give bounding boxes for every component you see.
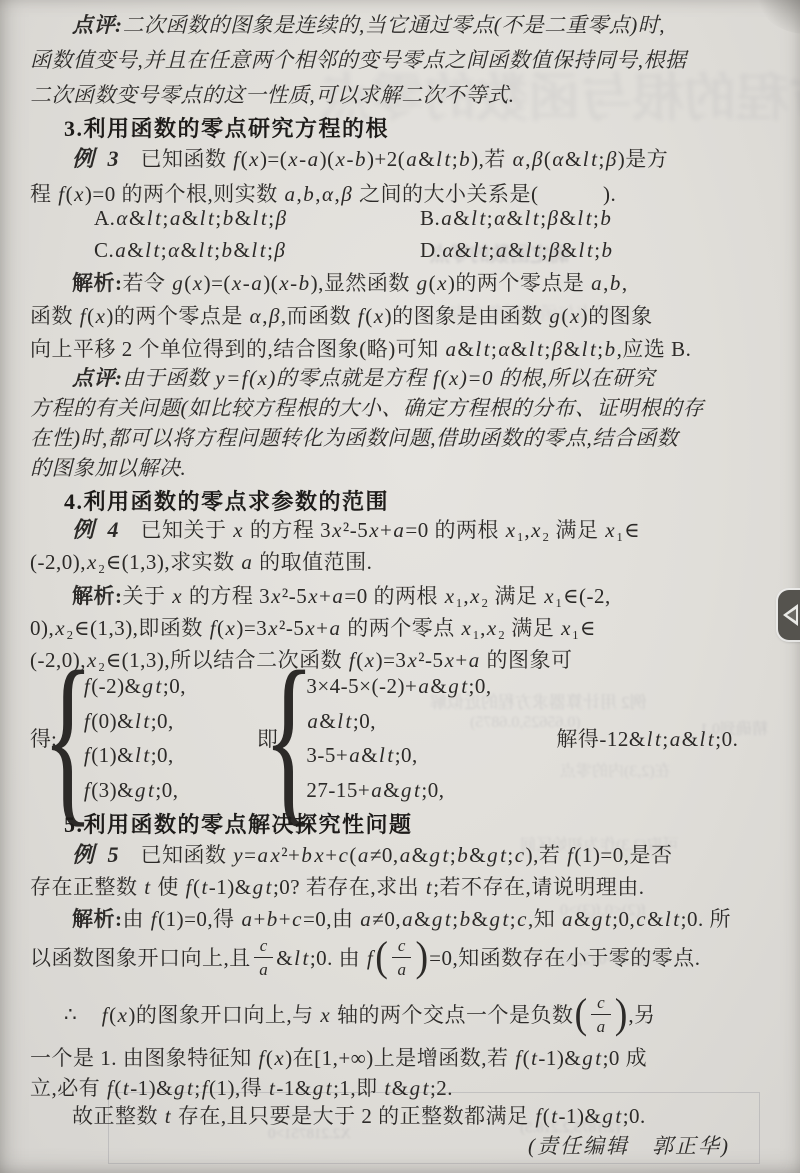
text-run: 函数值变号,并且在任意两个相邻的变号零点之间函数值保持同号,根据	[30, 48, 687, 72]
system-left-column: f(-2)&gt;0, f(0)&lt;0, f(1)&lt;0, f(3)&g…	[83, 669, 249, 807]
text-run: 关于 x 的方程 3x²-5x+a=0 的两根 x₁,x₂ 满足 x₁∈(-2,	[123, 584, 611, 608]
text-line: 0),x₂∈(1,3),即函数 f(x)=3x²-5x+a 的两个零点 x₁,x…	[30, 612, 770, 644]
analysis-label: 解析:	[72, 584, 123, 608]
therefore-line: ∴ f(x)的图象开口向上,与 x 轴的两个交点一个是负数 ( ca ) ,另	[30, 986, 770, 1042]
inequality: a&lt;0,	[306, 704, 556, 738]
text-line: 立,必有 f(t-1)&gt;f(1),得 t-1&gt;1,即 t&gt;2.	[30, 1072, 770, 1102]
text-line: 函数值变号,并且在任意两个相邻的变号零点之间函数值保持同号,根据	[30, 43, 770, 78]
inequality: f(-2)&gt;0,	[83, 669, 249, 703]
answer-options: A.α&lt;a&lt;b&lt;β B.a&lt;α&lt;β&lt;b C.…	[30, 202, 770, 266]
option-a: A.α&lt;a&lt;b&lt;β	[94, 206, 420, 231]
editor-credit: (责任编辑 郭正华)	[30, 1130, 770, 1160]
analysis-3: 解析:若令 g(x)=(x-a)(x-b),显然函数 g(x)的两个零点是 a,…	[30, 267, 770, 366]
fraction-c-over-a: ca	[254, 936, 274, 978]
text-run: 在性)时,都可以将方程问题转化为函数问题,借助函数的零点,结合函数	[30, 426, 678, 450]
section-3-heading: 3.利用函数的零点研究方程的根	[30, 112, 770, 143]
text-run: 函数 f(x)的两个零点是 α,β,而函数 f(x)的图象是由函数 g(x)的图…	[30, 304, 653, 328]
system-right-column: 3×4-5×(-2)+a&gt;0, a&lt;0, 3-5+a&lt;0, 2…	[306, 669, 556, 807]
text-run: ,另	[628, 999, 655, 1029]
option-c: C.a&lt;α&lt;b&lt;β	[94, 238, 420, 263]
section-5-heading: 5.利用函数的零点解决探究性问题	[30, 808, 770, 839]
text-run: 方程的有关问题(如比较方程根的大小、确定方程根的分布、证明根的存	[30, 396, 704, 420]
left-brace-icon: {	[57, 668, 79, 808]
text-run: 向上平移 2 个单位得到的,结合图象(略)可知 a&lt;α&lt;β&lt;b…	[30, 337, 691, 361]
inequality: 3-5+a&lt;0,	[306, 738, 556, 772]
text-line: 解析:由 f(1)=0,得 a+b+c=0,由 a≠0,a&gt;b&gt;c,…	[30, 903, 770, 933]
text-line: 的图象加以解决.	[30, 453, 770, 483]
text-run: f(x)的图象开口向上,与 x 轴的两个交点一个是负数	[101, 999, 574, 1029]
text-line: 方程的有关问题(如比较方程根的大小、确定方程根的分布、证明根的存	[30, 393, 770, 423]
example-5: 例 5已知函数 y=ax²+bx+c(a≠0,a&gt;b&gt;c),若 f(…	[30, 839, 770, 903]
text-run: 立,必有 f(t-1)&gt;f(1),得 t-1&gt;1,即 t&gt;2.	[30, 1076, 453, 1100]
option-row-1: A.α&lt;a&lt;b&lt;β B.a&lt;α&lt;β&lt;b	[30, 202, 770, 234]
example-4-label: 例 4	[72, 517, 123, 542]
page-text-content: 点评:二次函数的图象是连续的,当它通过零点(不是二重零点)时, 函数值变号,并且…	[30, 0, 770, 1173]
review-label: 点评:	[72, 13, 123, 37]
example-5-label: 例 5	[72, 842, 123, 867]
text-line: 例 4已知关于 x 的方程 3x²-5x+a=0 的两根 x₁,x₂ 满足 x₁…	[30, 514, 770, 546]
text-line: 故正整数 t 存在,且只要是大于 2 的正整数都满足 f(t-1)&gt;0.	[30, 1100, 770, 1130]
inequality: 3×4-5×(-2)+a&gt;0,	[306, 669, 556, 703]
text-run: 故正整数 t 存在,且只要是大于 2 的正整数都满足 f(t-1)&gt;0.	[72, 1104, 646, 1128]
text-run: 已知函数 f(x)=(x-a)(x-b)+2(a&lt;b),若 α,β(α&l…	[141, 147, 669, 171]
section-4-heading: 4.利用函数的零点求参数的范围	[30, 485, 770, 516]
text-line: 例 5已知函数 y=ax²+bx+c(a≠0,a&gt;b&gt;c),若 f(…	[30, 839, 770, 871]
text-line: 函数 f(x)的两个零点是 α,β,而函数 f(x)的图象是由函数 g(x)的图…	[30, 300, 770, 333]
fraction-c-over-a: ca	[392, 936, 412, 978]
text-line: 点评:由于函数 y=f(x)的零点就是方程 f(x)=0 的根,所以在研究	[30, 363, 770, 393]
option-b: B.a&lt;α&lt;β&lt;b	[420, 206, 612, 231]
review-label: 点评:	[72, 366, 123, 390]
text-line: 一个是 1. 由图象特征知 f(x)在[1,+∞)上是增函数,若 f(t-1)&…	[30, 1042, 770, 1072]
review-paragraph-2: 点评:由于函数 y=f(x)的零点就是方程 f(x)=0 的根,所以在研究 方程…	[30, 363, 770, 483]
analysis-5: 解析:由 f(1)=0,得 a+b+c=0,由 a≠0,a&gt;b&gt;c,…	[30, 903, 770, 933]
example-3-label: 例 3	[72, 146, 123, 171]
text-line: (-2,0),x₂∈(1,3),求实数 a 的取值范围.	[30, 546, 770, 578]
system-result: 解得-12&lt;a&lt;0.	[556, 723, 738, 753]
fraction-c-over-a: ca	[591, 993, 611, 1035]
inequality-system: 得: { f(-2)&gt;0, f(0)&lt;0, f(1)&lt;0, f…	[30, 666, 770, 810]
analysis-4: 解析:关于 x 的方程 3x²-5x+a=0 的两根 x₁,x₂ 满足 x₁∈(…	[30, 580, 770, 676]
scanned-textbook-page: 方程的根与函数的零点确定函数的零点零点与函数图象交点例2 用计算器求方程的近似解…	[0, 0, 800, 1173]
prev-page-button[interactable]	[778, 590, 800, 640]
option-row-2: C.a&lt;α&lt;b&lt;β D.α&lt;a&lt;β&lt;b	[30, 234, 770, 266]
text-run: 由于函数 y=f(x)的零点就是方程 f(x)=0 的根,所以在研究	[123, 366, 656, 390]
text-run: 二次函数的图象是连续的,当它通过零点(不是二重零点)时,	[123, 13, 665, 37]
review-paragraph-1: 点评:二次函数的图象是连续的,当它通过零点(不是二重零点)时, 函数值变号,并且…	[30, 8, 770, 113]
big-paren-close: )	[615, 993, 628, 1036]
text-run: =0,知函数存在小于零的零点.	[429, 942, 700, 972]
therefore-symbol: ∴	[64, 1002, 77, 1027]
analysis-label: 解析:	[72, 271, 123, 295]
inequality: 27-15+a&gt;0,	[306, 773, 556, 807]
text-run: &lt;0. 由 f	[276, 942, 374, 972]
text-run: 二次函数变号零点的这一性质,可以求解二次不等式.	[30, 83, 515, 107]
text-line: 在性)时,都可以将方程问题转化为函数问题,借助函数的零点,结合函数	[30, 423, 770, 453]
big-paren-open: (	[574, 993, 587, 1036]
text-run: 若令 g(x)=(x-a)(x-b),显然函数 g(x)的两个零点是 a,b,	[123, 271, 628, 295]
fraction-line: 以函数图象开口向上,且 ca &lt;0. 由 f ( ca ) =0,知函数存…	[30, 930, 770, 984]
text-run: 一个是 1. 由图象特征知 f(x)在[1,+∞)上是增函数,若 f(t-1)&…	[30, 1046, 647, 1070]
text-run: 已知函数 y=ax²+bx+c(a≠0,a&gt;b&gt;c),若 f(1)=…	[141, 843, 673, 867]
text-line: 向上平移 2 个单位得到的,结合图象(略)可知 a&lt;α&lt;β&lt;b…	[30, 333, 770, 366]
text-line: 解析:关于 x 的方程 3x²-5x+a=0 的两根 x₁,x₂ 满足 x₁∈(…	[30, 580, 770, 612]
text-run: (-2,0),x₂∈(1,3),求实数 a 的取值范围.	[30, 550, 372, 574]
text-run: 由 f(1)=0,得 a+b+c=0,由 a≠0,a&gt;b&gt;c,知 a…	[123, 907, 731, 931]
inequality: f(0)&lt;0,	[83, 704, 249, 738]
big-paren-close: )	[415, 936, 428, 979]
text-run: 以函数图象开口向上,且	[30, 942, 251, 972]
text-line: 点评:二次函数的图象是连续的,当它通过零点(不是二重零点)时,	[30, 8, 770, 43]
inequality: f(1)&lt;0,	[83, 738, 249, 772]
analysis-label: 解析:	[72, 907, 123, 931]
text-line: 存在正整数 t 使 f(t-1)&gt;0? 若存在,求出 t;若不存在,请说明…	[30, 871, 770, 903]
left-arrow-icon	[783, 604, 798, 626]
text-run: 的图象加以解决.	[30, 456, 186, 480]
text-line: 解析:若令 g(x)=(x-a)(x-b),显然函数 g(x)的两个零点是 a,…	[30, 267, 770, 300]
big-paren-open: (	[375, 936, 388, 979]
example-4: 例 4已知关于 x 的方程 3x²-5x+a=0 的两根 x₁,x₂ 满足 x₁…	[30, 514, 770, 578]
option-d: D.α&lt;a&lt;β&lt;b	[420, 238, 614, 263]
text-line: 例 3已知函数 f(x)=(x-a)(x-b)+2(a&lt;b),若 α,β(…	[30, 141, 770, 177]
text-run: 存在正整数 t 使 f(t-1)&gt;0? 若存在,求出 t;若不存在,请说明…	[30, 875, 645, 899]
text-run: 已知关于 x 的方程 3x²-5x+a=0 的两根 x₁,x₂ 满足 x₁∈	[141, 518, 640, 542]
left-brace-icon: {	[278, 668, 300, 808]
text-line: 二次函数变号零点的这一性质,可以求解二次不等式.	[30, 78, 770, 113]
inequality: f(3)&gt;0,	[83, 773, 249, 807]
